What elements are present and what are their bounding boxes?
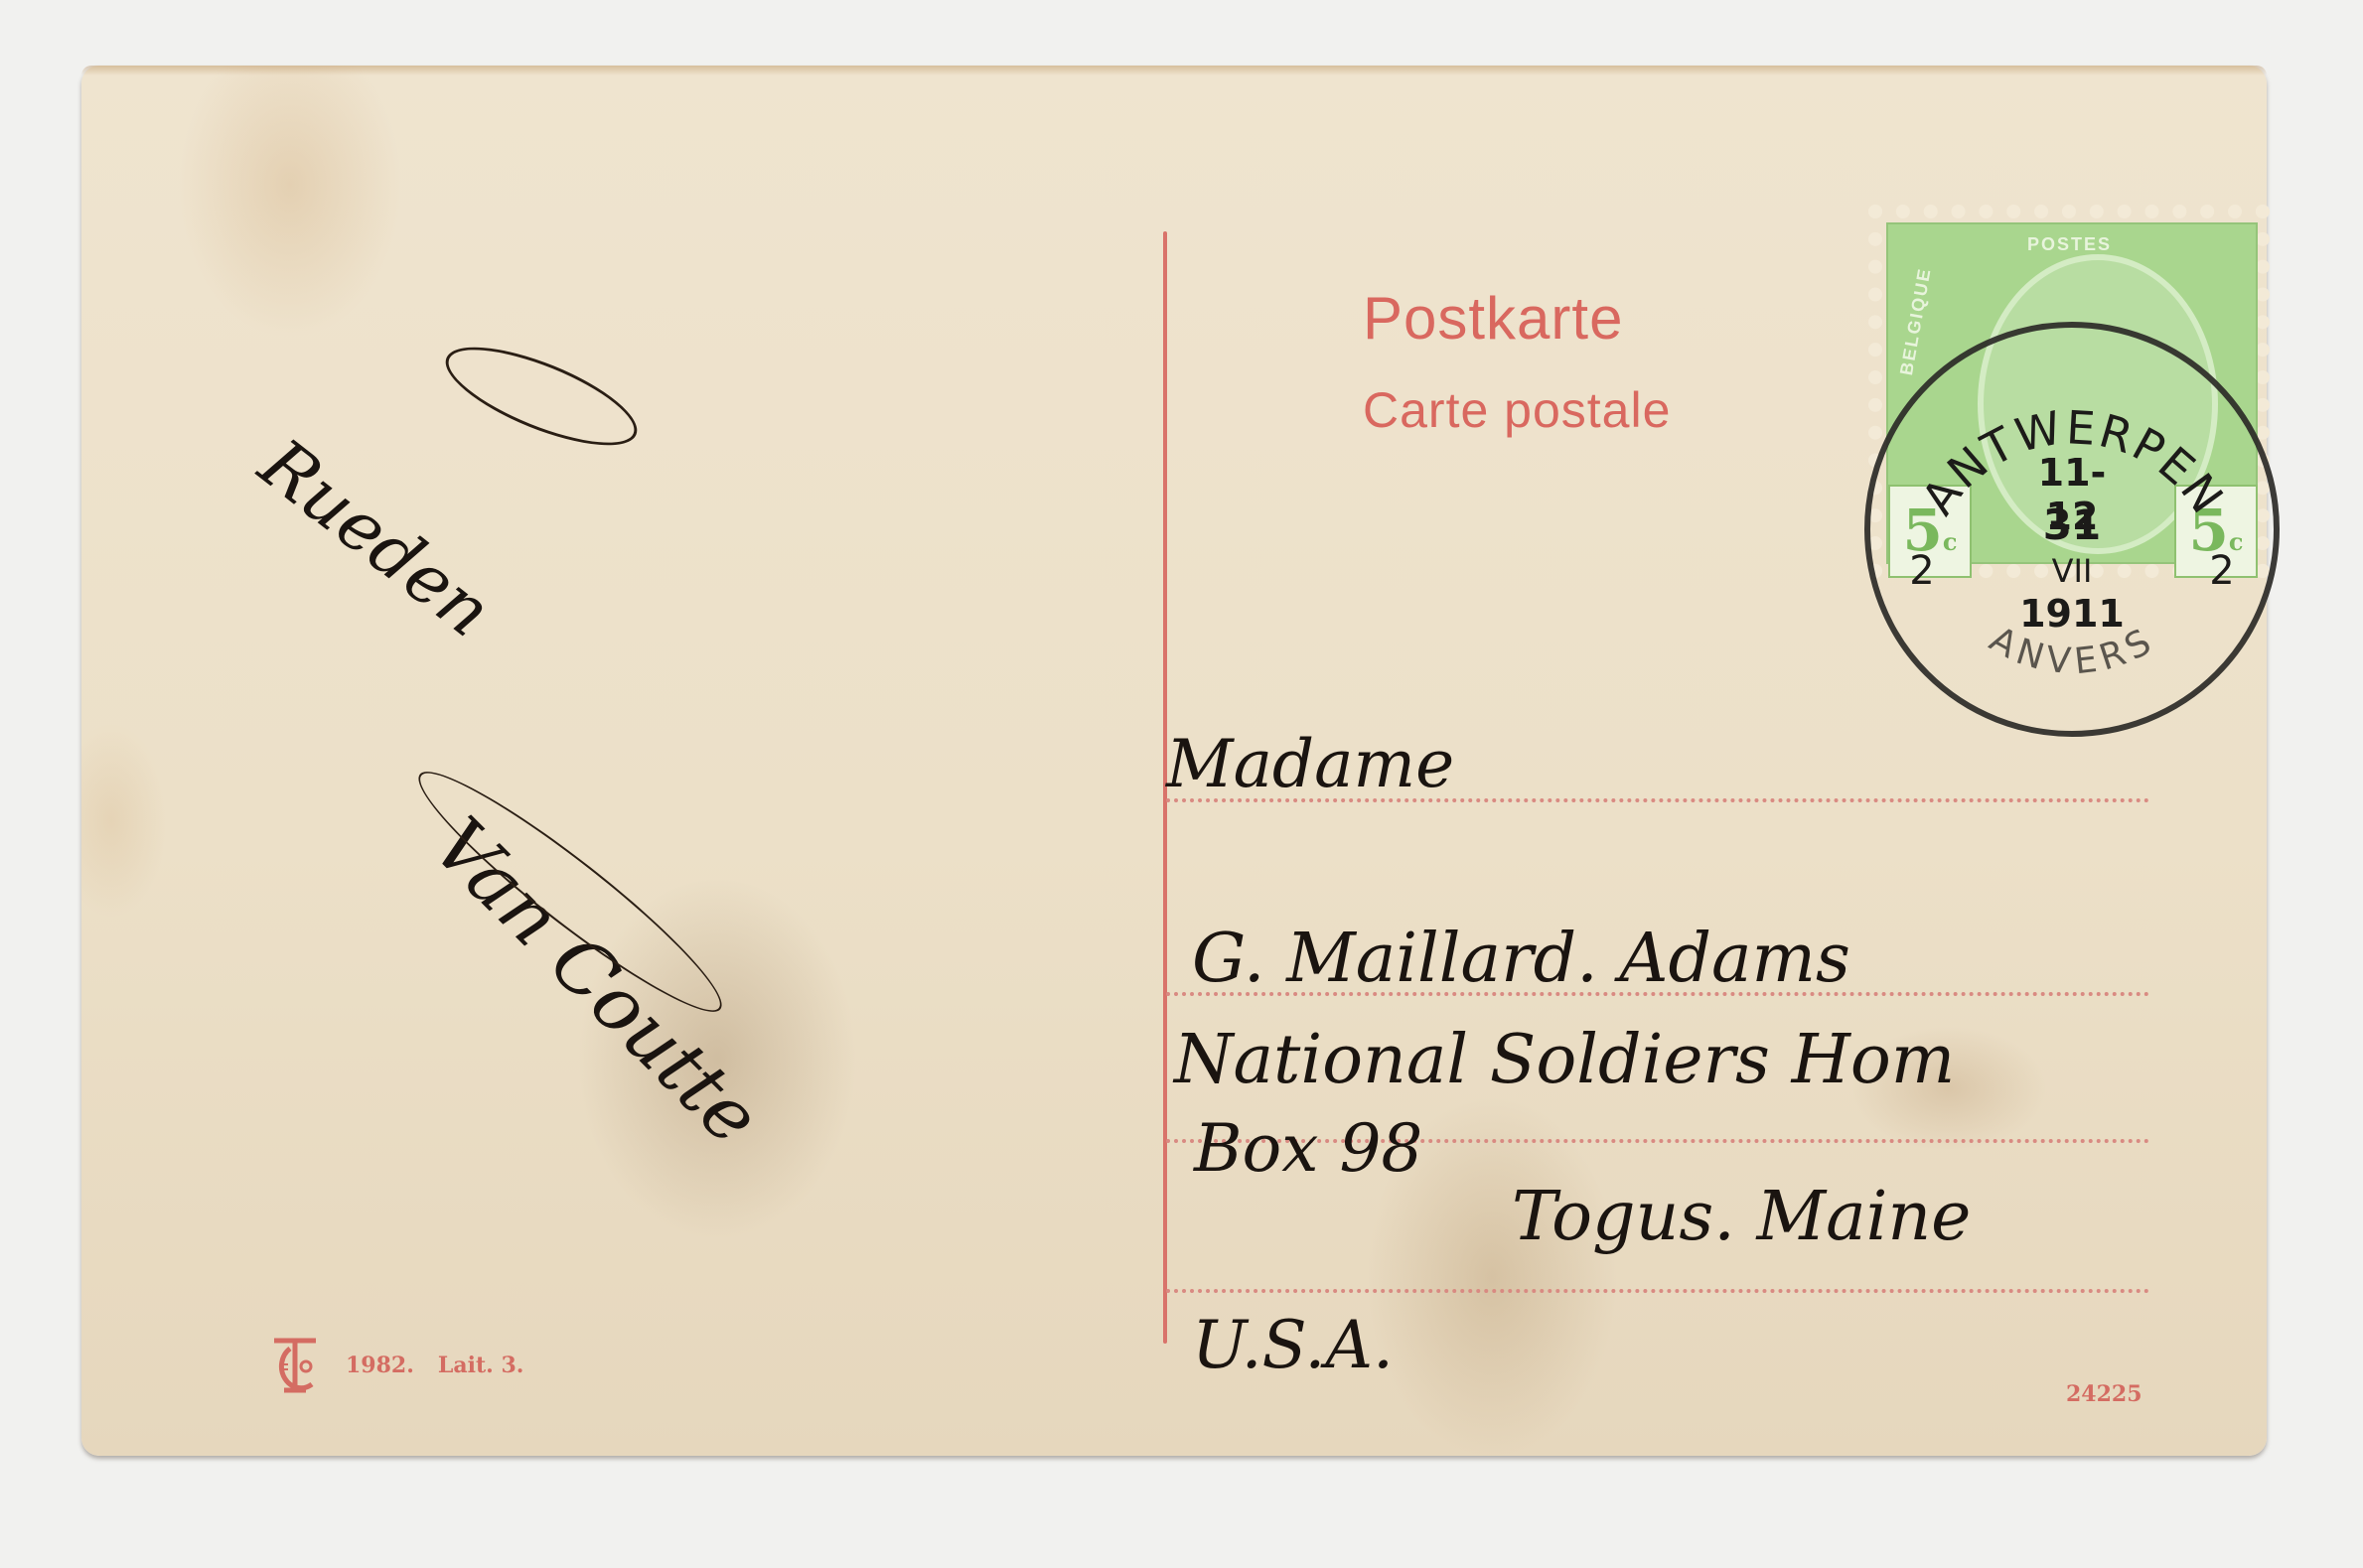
publisher-imprint: 1982. Lait. 3.: [268, 1337, 523, 1394]
postmark-year: 1911: [2007, 592, 2137, 636]
tc-monogram-icon: [268, 1337, 322, 1394]
heading-carte-postale: Carte postale: [1363, 381, 1671, 439]
serial-number: 24225: [2066, 1381, 2142, 1407]
postmark-office-left: 2: [1902, 548, 1942, 594]
imprint-number: 1982.: [346, 1353, 414, 1378]
message-signature: Van Coutte: [416, 800, 778, 1162]
imprint-series: Lait. 3.: [438, 1353, 524, 1378]
postcard-back: Postkarte Carte postale POSTES BELGIQUE …: [81, 66, 2267, 1456]
address-city-state: Togus. Maine: [1512, 1178, 1971, 1256]
address-line-4: [1166, 1289, 2149, 1293]
postmark-day: 31: [2022, 500, 2122, 549]
address-box: Box 98: [1194, 1110, 1422, 1187]
message-line-1: Rueden: [245, 423, 508, 652]
address-salutation: Madame: [1166, 726, 1454, 802]
heading-postkarte: Postkarte: [1363, 284, 1623, 353]
edge-stain: [81, 66, 2267, 75]
address-country: U.S.A.: [1192, 1307, 1394, 1383]
postmark-month: VII: [2022, 552, 2122, 590]
postmark-cancel: ANTWERPEN ANVERS 11-12 31 VII 1911 2 2: [1864, 322, 2291, 749]
stamp-top-text: POSTES: [2027, 234, 2112, 255]
address-line-street: National Soldiers Hom: [1174, 1021, 1955, 1099]
address-name: G. Maillard. Adams: [1192, 920, 1850, 998]
postmark-office-right: 2: [2202, 548, 2242, 594]
signature-flourish: [434, 328, 649, 465]
